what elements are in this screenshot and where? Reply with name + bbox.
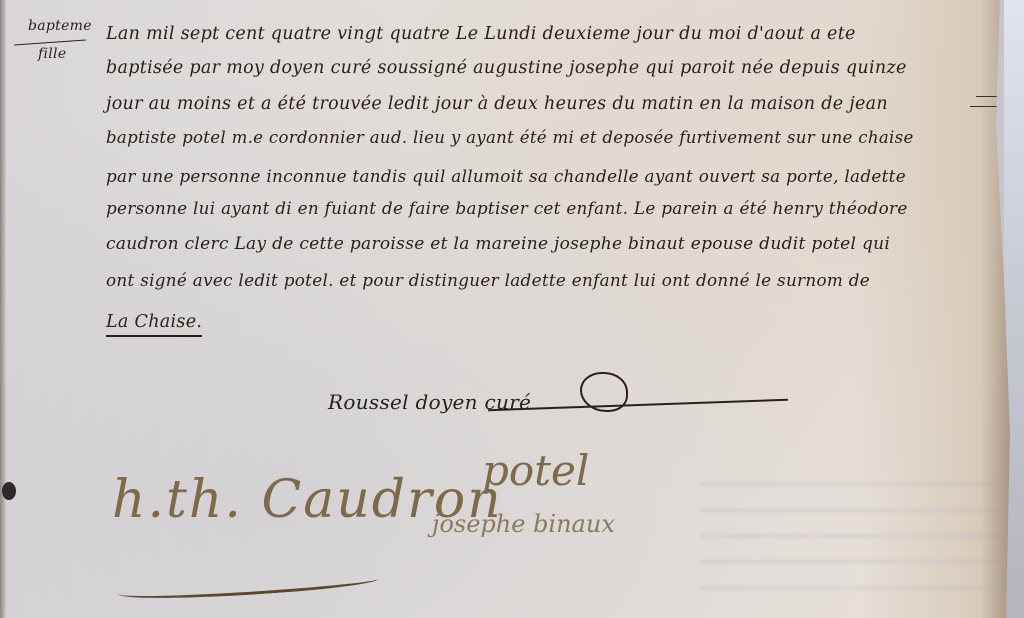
entry-line-1: Lan mil sept cent quatre vingt quatre Le… <box>106 24 856 44</box>
ink-blot <box>2 482 16 500</box>
signature-potel: potel <box>482 446 589 495</box>
entry-line-2: baptisée par moy doyen curé soussigné au… <box>106 58 907 78</box>
entry-line-4: baptiste potel m.e cordonnier aud. lieu … <box>106 128 914 147</box>
signature-flourish <box>118 569 379 604</box>
paraph-underline <box>488 399 788 411</box>
entry-line-3: jour au moins et a été trouvée ledit jou… <box>106 94 888 114</box>
margin-heading: bapteme <box>28 18 92 34</box>
signature-marraine: josephe binaux <box>432 510 615 538</box>
surname-la-chaise: La Chaise. <box>106 312 202 337</box>
ink-bleed-through <box>700 460 1000 610</box>
margin-divider <box>14 39 86 45</box>
register-page: bapteme fille Lan mil sept cent quatre v… <box>0 0 1010 618</box>
line-filler-dash <box>970 106 1004 107</box>
entry-line-7: caudron clerc Lay de cette paroisse et l… <box>106 234 890 254</box>
page-binding-shadow <box>0 0 6 618</box>
margin-subheading: fille <box>38 46 66 62</box>
entry-line-6: personne lui ayant di en fuiant de faire… <box>106 198 908 218</box>
line-filler-dash <box>976 96 1000 97</box>
entry-closing-word: La Chaise. <box>106 312 202 332</box>
entry-line-8: ont signé avec ledit potel. et pour dist… <box>106 270 870 290</box>
entry-line-5: par une personne inconnue tandis quil al… <box>106 166 906 186</box>
